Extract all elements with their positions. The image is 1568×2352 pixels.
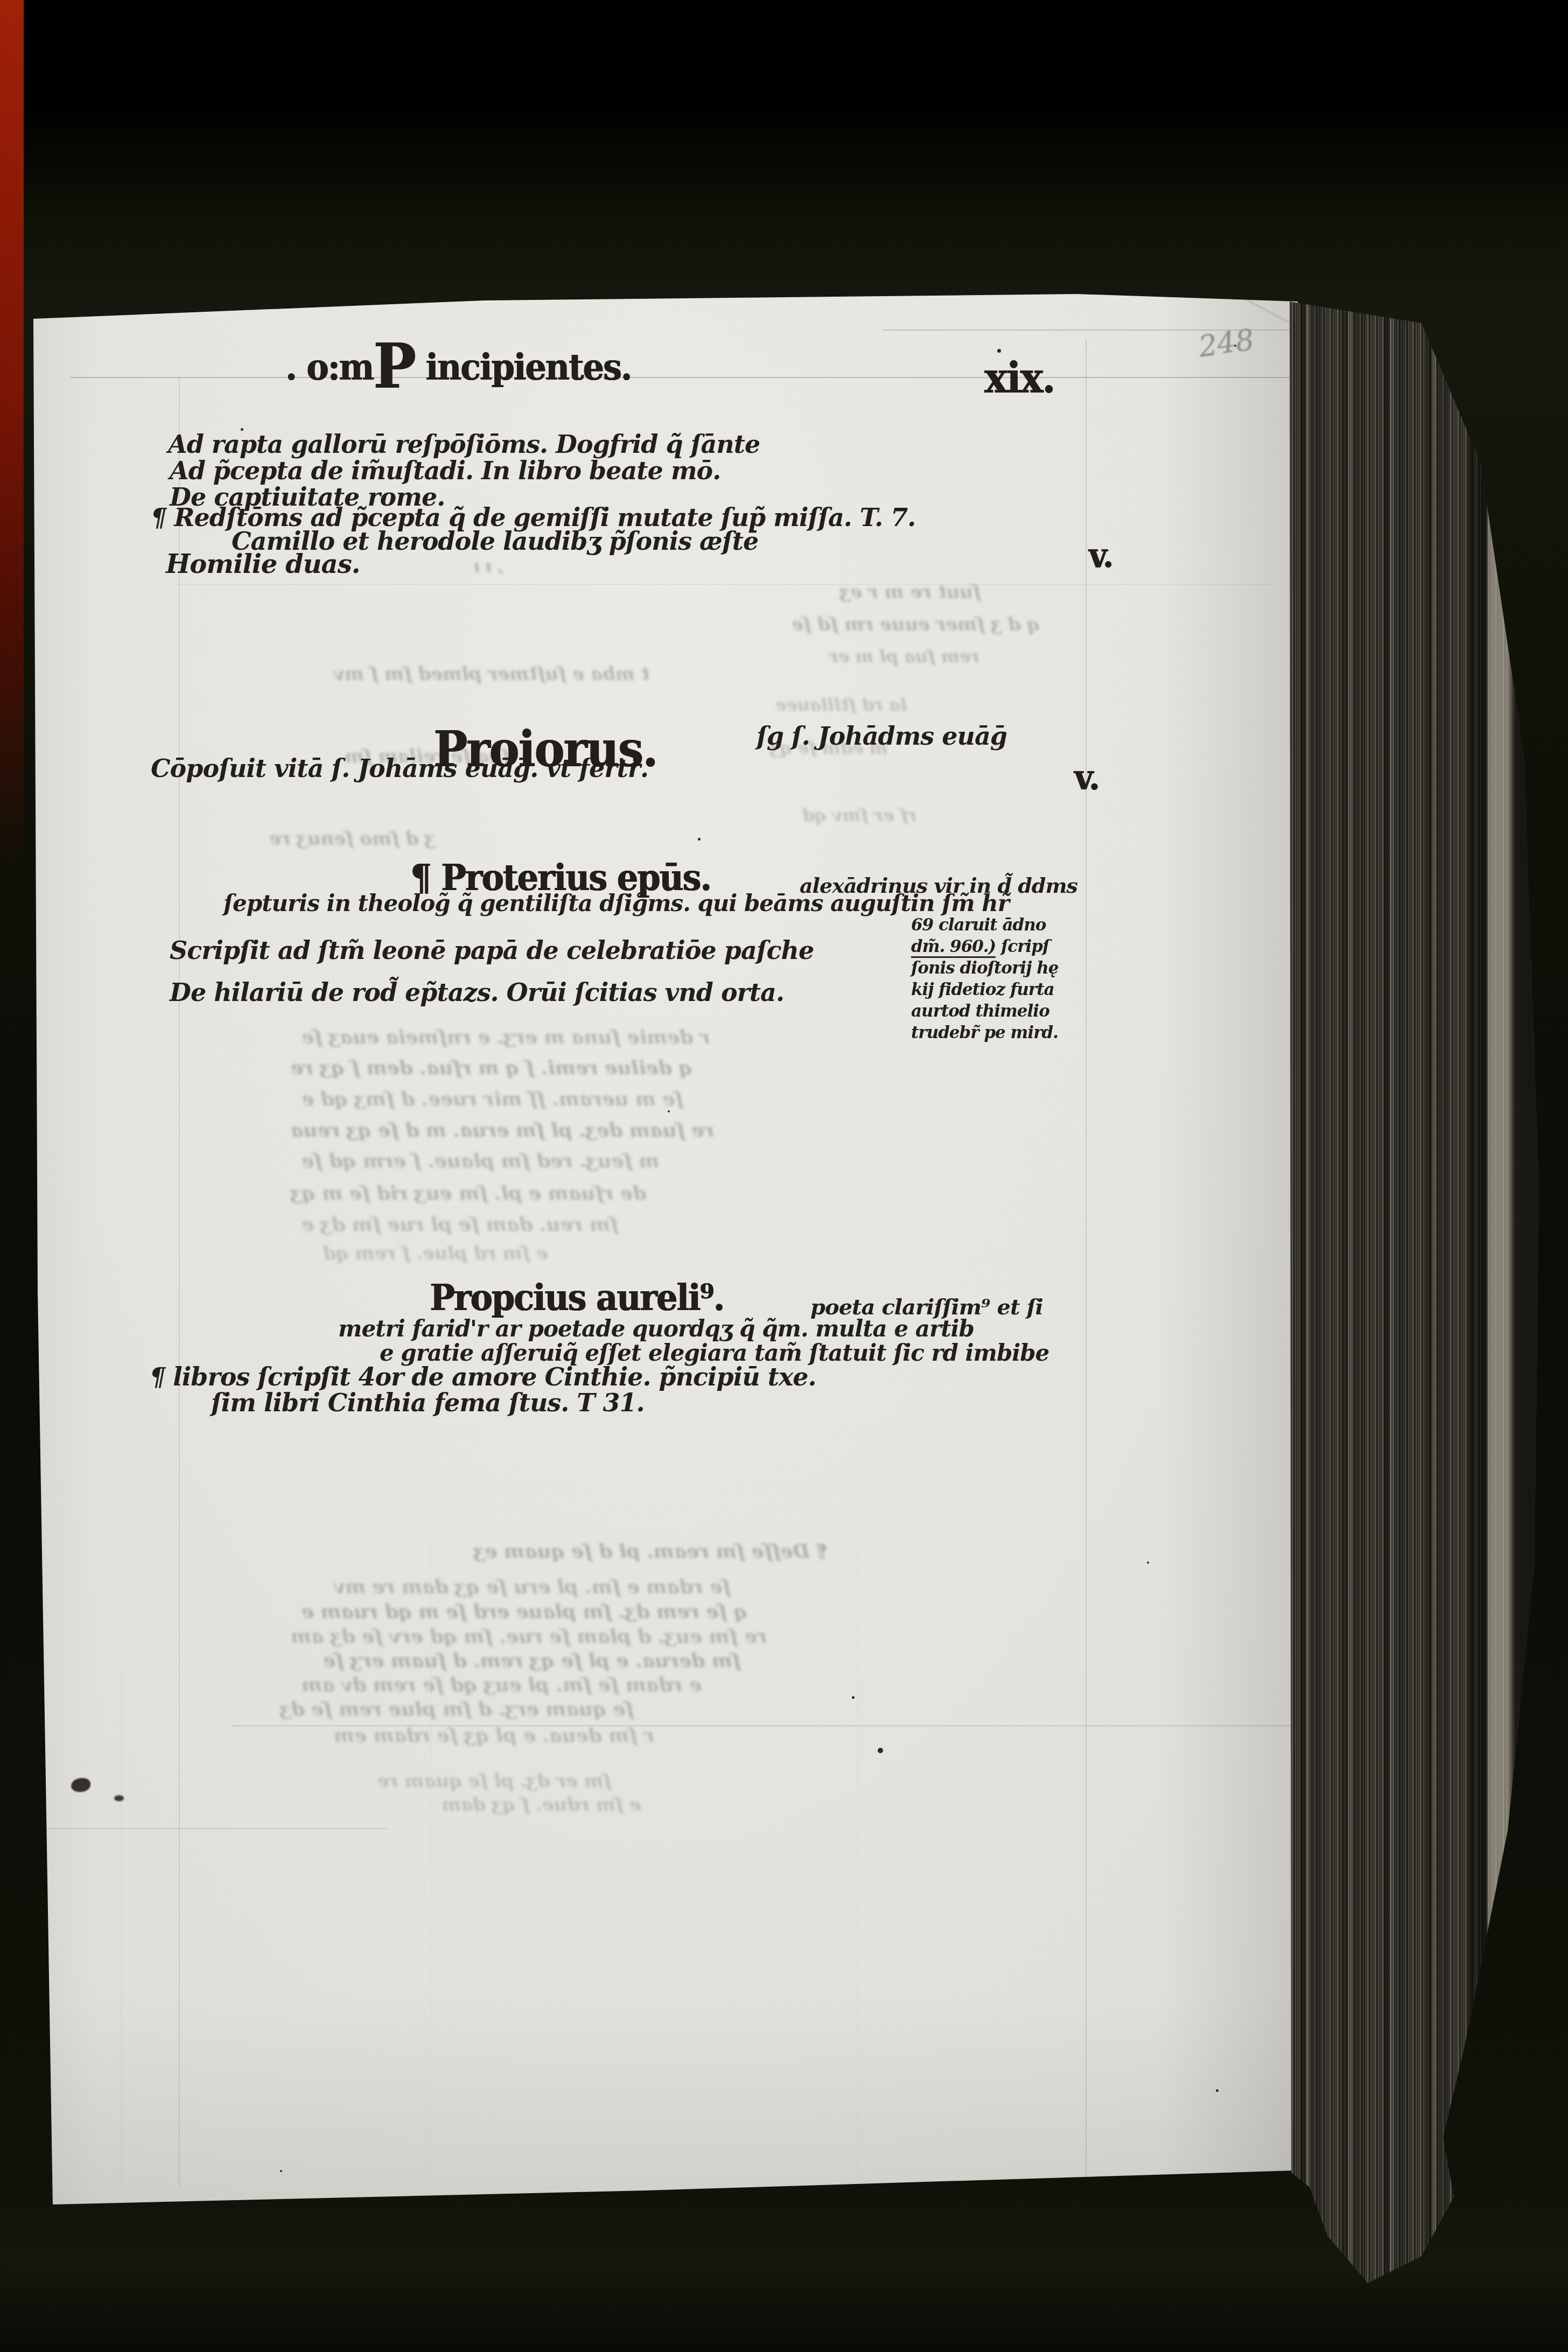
dust-speck — [852, 1696, 855, 1699]
dust-speck — [1216, 2089, 1219, 2092]
dust-speck — [698, 838, 701, 841]
dust-speck — [1147, 1562, 1149, 1564]
red-film-strip — [0, 0, 24, 872]
dust-speck — [1234, 345, 1236, 347]
manuscript-photo: ſuut re m r eʒq d ʒ ſmer euue rm ſd ſere… — [0, 0, 1568, 2352]
dust-speck — [241, 428, 243, 431]
dust-speck — [997, 349, 1001, 353]
book-fore-edge — [1282, 291, 1551, 2332]
dust-speck — [280, 2170, 282, 2172]
dust-speck — [878, 1748, 883, 1753]
dust-speck — [668, 1110, 670, 1112]
